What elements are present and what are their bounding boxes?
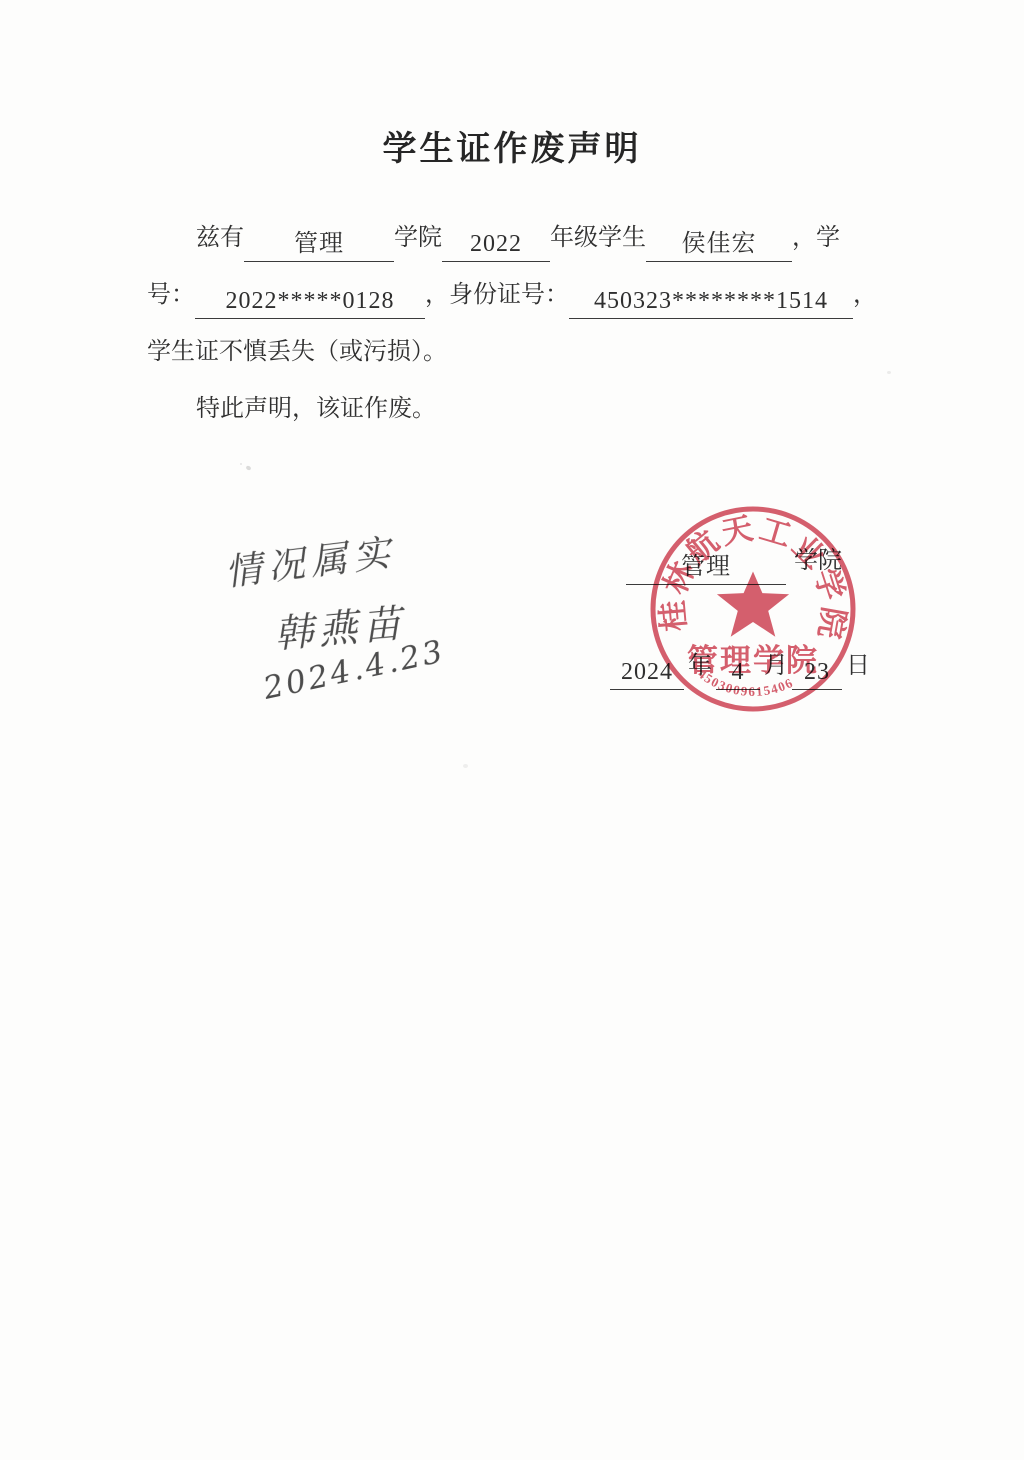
blank-national-id: 450323********1514	[569, 286, 853, 319]
seal-ring-char: 院	[812, 605, 852, 642]
seal-ring-char: 航	[679, 524, 725, 571]
scan-speck	[887, 371, 891, 374]
scanned-document-page: 学生证作废声明 兹有管理学院2022年级学生侯佳宏，学 号：2022*****0…	[0, 0, 1024, 1460]
line4-text: 特此声明，该证作废。	[196, 396, 436, 422]
seal-svg: 桂林航天工业学院 管理学院 4503009615406	[643, 499, 863, 719]
line1-seg1: 兹有	[196, 225, 244, 251]
line1-seg4: ，学	[792, 225, 840, 251]
seal-ring-char: 桂	[655, 599, 693, 633]
line2-seg2: ，身份证号：	[425, 282, 569, 308]
body-line-2: 号：2022*****0128，身份证号：450323********1514，	[147, 267, 895, 324]
line2-seg3: ，	[853, 282, 877, 308]
line1-seg2: 学院	[394, 225, 442, 251]
document-title: 学生证作废声明	[0, 121, 1024, 170]
blank-student-id: 2022*****0128	[195, 286, 425, 319]
scan-speck	[245, 465, 251, 471]
seal-star-icon	[717, 572, 789, 637]
document-body: 兹有管理学院2022年级学生侯佳宏，学 号：2022*****0128，身份证号…	[147, 210, 895, 438]
blank-grade-year: 2022	[442, 229, 550, 262]
blank-student-name: 侯佳宏	[646, 229, 792, 262]
line1-seg3: 年级学生	[550, 225, 646, 251]
body-line-3: 学生证不慎丢失（或污损）。	[147, 324, 895, 381]
scan-speck	[240, 463, 242, 465]
blank-college-name: 管理	[244, 229, 394, 262]
line2-seg1: 号：	[147, 282, 195, 308]
seal-ring-char: 天	[718, 510, 755, 550]
scan-speck	[463, 764, 468, 768]
body-line-4: 特此声明，该证作废。	[147, 381, 895, 438]
seal-ring-char: 工	[756, 511, 796, 553]
seal-ring-char: 业	[786, 528, 833, 575]
official-seal-stamp: 桂林航天工业学院 管理学院 4503009615406	[643, 499, 863, 719]
handwritten-approval-note: 情况属实	[221, 522, 398, 597]
body-line-1: 兹有管理学院2022年级学生侯佳宏，学	[147, 210, 895, 267]
